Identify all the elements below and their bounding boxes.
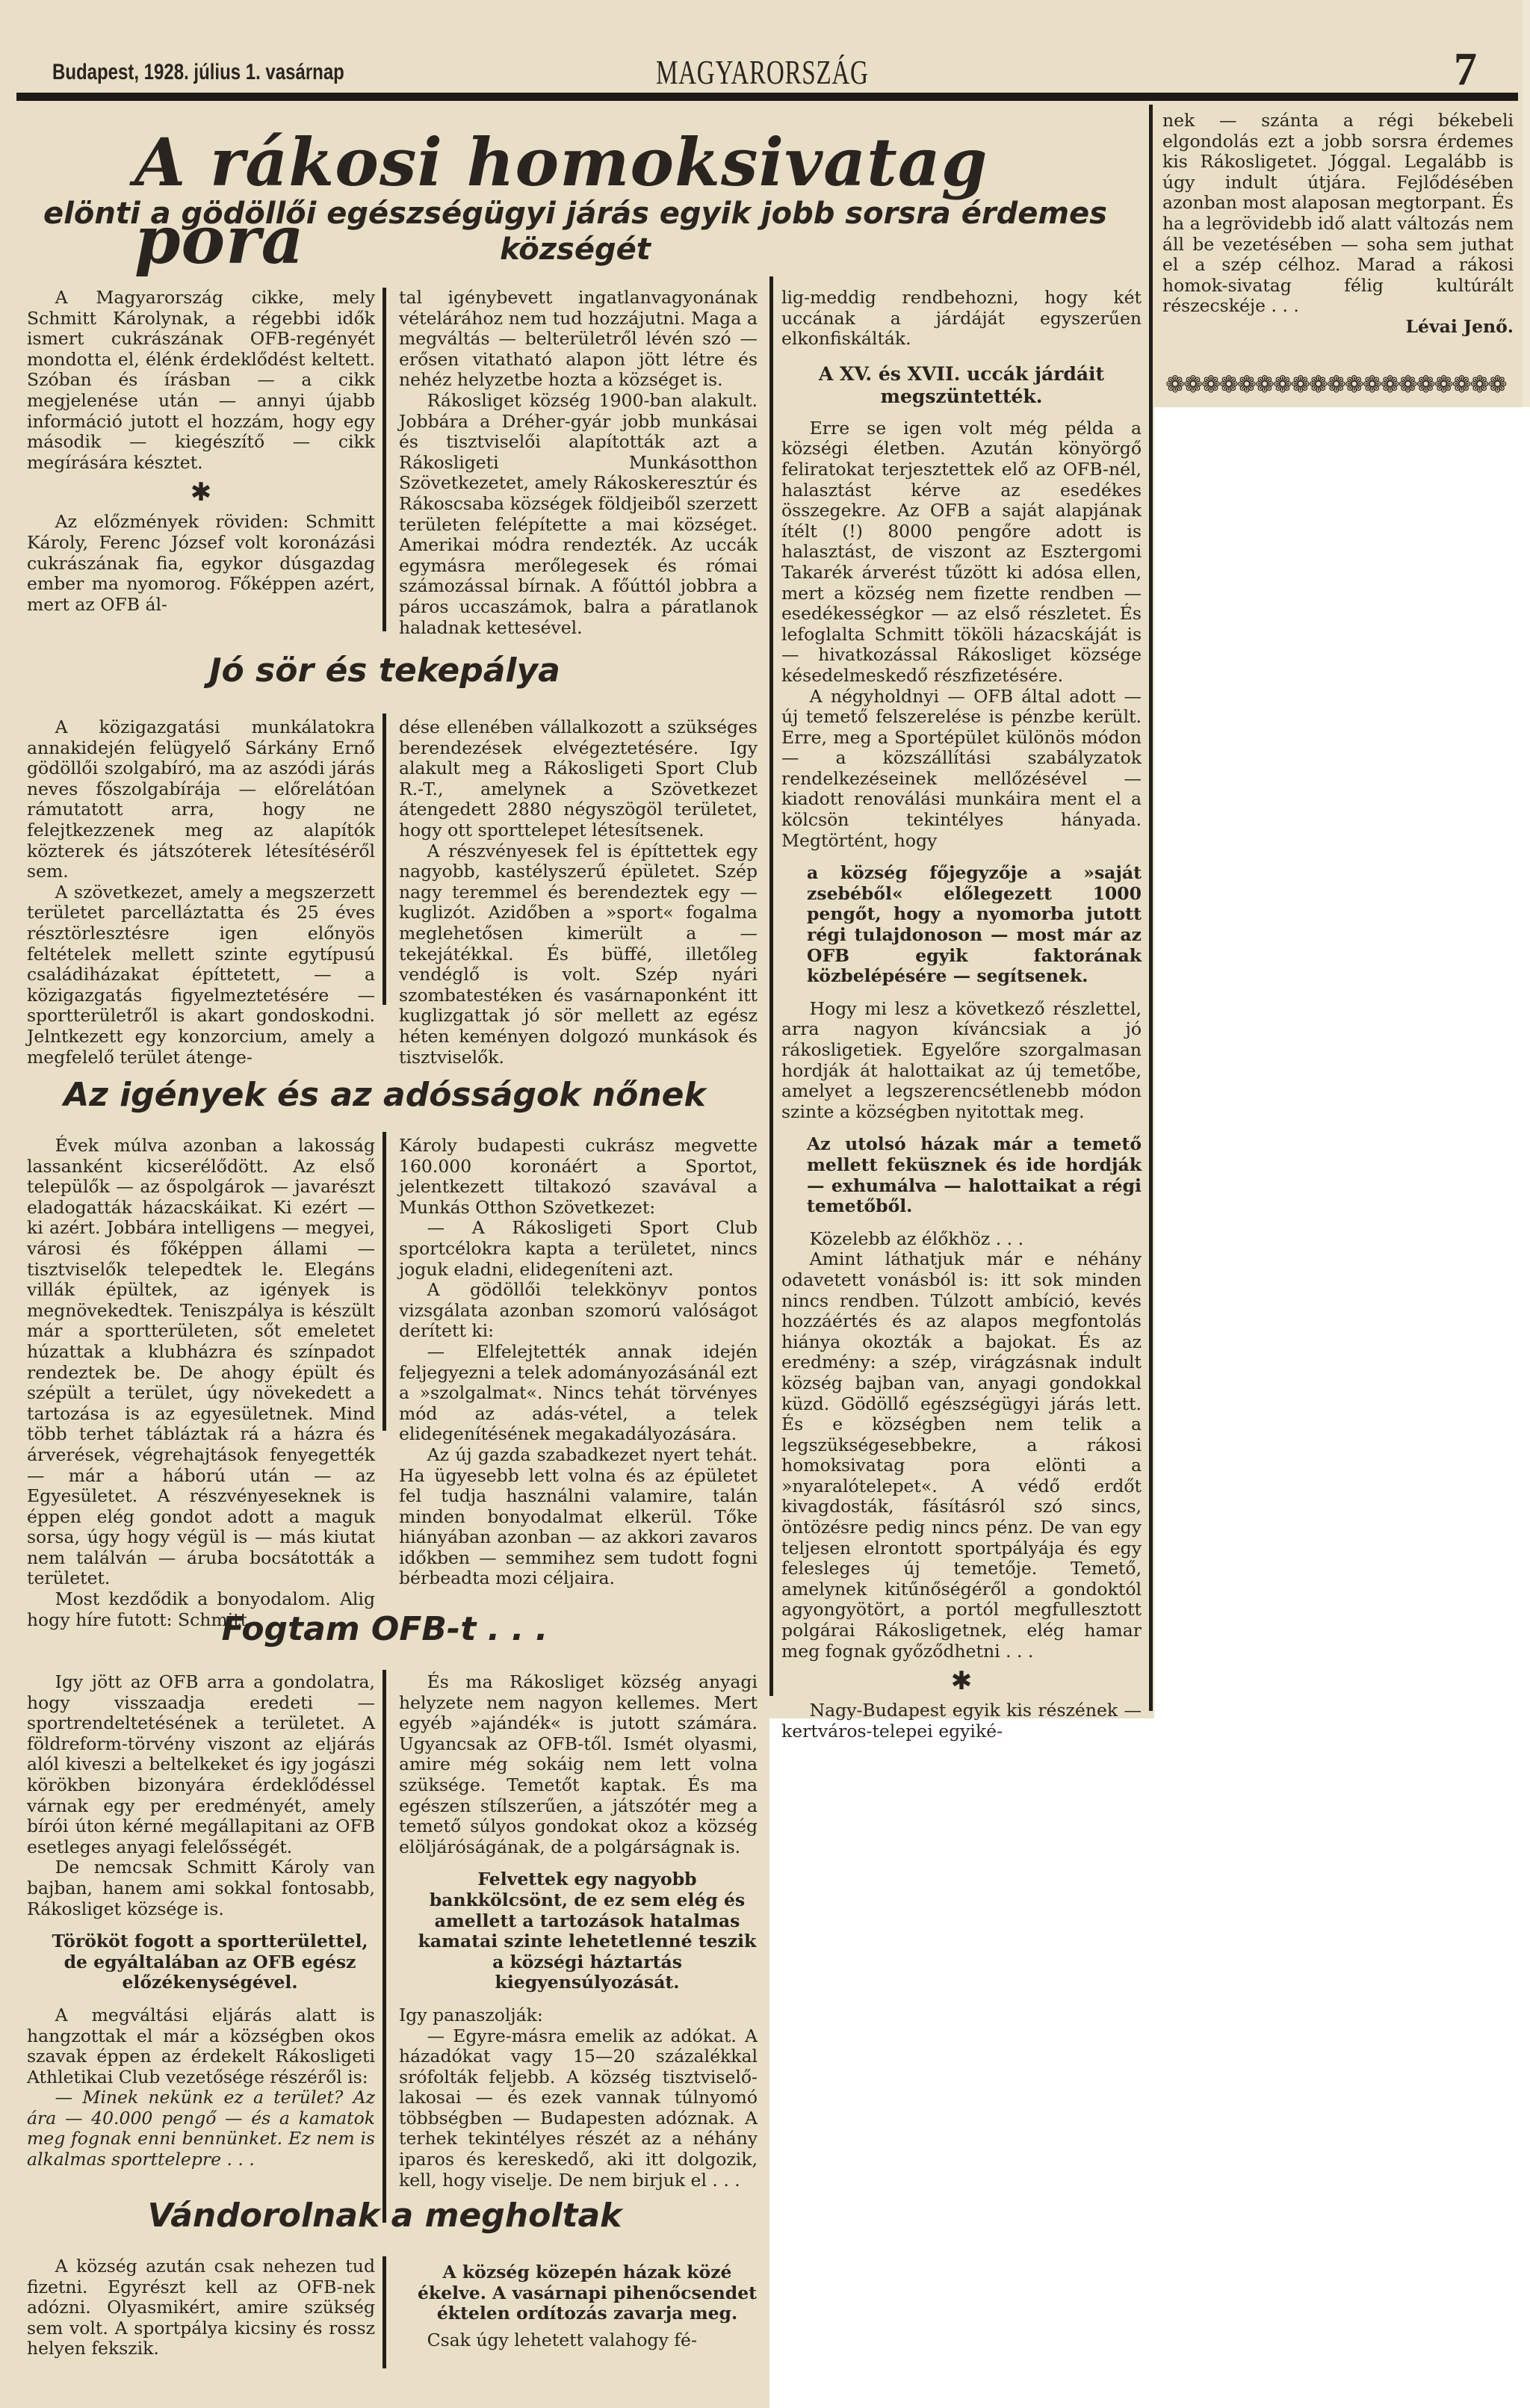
section-heading: Az igények és az adósságok nőnek — [0, 1076, 769, 1114]
masthead-rule — [16, 93, 1518, 101]
intro-paragraph: tal igénybevett ingatlanvagyonának vétel… — [399, 288, 758, 391]
column-paragraph: nek — szánta a régi békebeli elgondolás … — [1162, 111, 1514, 317]
section-4-left: A község azután csak nehezen tud fizetni… — [27, 2256, 375, 2359]
section-paragraph: — A Rákosligeti Sport Club sportcélokra … — [399, 1218, 758, 1280]
column-paragraph: Hogy mi lesz a következő részlettel, arr… — [781, 999, 1142, 1123]
section-paragraph: A község azután csak nehezen tud fizetni… — [27, 2256, 375, 2359]
column-rule — [382, 1132, 386, 1431]
masthead-title: MAGYARORSZÁG — [656, 52, 869, 92]
article-subheadline: elönti a gödöllői egészségügyi járás egy… — [22, 196, 1128, 267]
section-paragraph: A megváltási eljárás alatt is hangzottak… — [27, 2005, 375, 2087]
column-paragraph: Erre se igen volt még példa a községi él… — [781, 418, 1142, 687]
section-paragraph: És ma Rákosliget község anyagi helyzete … — [399, 1672, 758, 1857]
section-paragraph: — Minek nekünk ez a terület? Az ára — 40… — [27, 2087, 375, 2170]
section-2-left: Évek múlva azonban a lakosság lassanként… — [27, 1136, 375, 1630]
column-rule — [1149, 105, 1153, 1711]
section-heading: Jó sör és tekepálya — [0, 651, 769, 690]
column-4: nek — szánta a régi békebeli elgondolás … — [1162, 111, 1514, 338]
section-2-right: Károly budapesti cukrász megvette 160.00… — [399, 1136, 758, 1589]
column-rule — [382, 288, 386, 631]
asterism-icon: ✱ — [781, 1666, 1142, 1696]
intro-column-1: A Magyarország cikke, mely Schmitt Károl… — [27, 288, 375, 615]
section-paragraph: A gödöllői telekkönyv pontos vizsgálata … — [399, 1280, 758, 1342]
section-paragraph: Károly budapesti cukrász megvette 160.00… — [399, 1136, 758, 1218]
section-heading: Fogtam OFB-t . . . — [0, 1610, 769, 1648]
section-paragraph: A részvényesek fel is építtettek egy nag… — [399, 841, 758, 1068]
asterism-icon: ✱ — [27, 477, 375, 507]
column-subtitle: A XV. és XVII. uccák járdáit megszüntett… — [781, 363, 1142, 408]
section-paragraph: A szövetkezet, amely a megszerzett terül… — [27, 882, 375, 1068]
column-rule — [382, 714, 386, 1005]
page-number: 7 — [1454, 43, 1477, 96]
highlighted-paragraph: Felvettek egy nagyobb bankkölcsönt, de e… — [417, 1869, 758, 1993]
intro-column-2: tal igénybevett ingatlanvagyonának vétel… — [399, 288, 758, 638]
highlighted-paragraph: a község főjegyzője a »saját zsebéből« e… — [807, 863, 1142, 987]
section-4-right: A község közepén házak közé ékelve. A va… — [399, 2256, 758, 2350]
section-paragraph: Igy jött az OFB arra a gondolatra, hogy … — [27, 1672, 375, 1857]
column-rule — [382, 1670, 386, 2223]
section-paragraph: Csak úgy lehetett valahogy fé- — [399, 2330, 758, 2351]
column-3: lig-meddig rendbehozni, hogy két uccának… — [781, 288, 1142, 1742]
section-3-left: Igy jött az OFB arra a gondolatra, hogy … — [27, 1672, 375, 2170]
section-paragraph: dése ellenében vállalkozott a szükséges … — [399, 717, 758, 841]
section-3-right: És ma Rákosliget község anyagi helyzete … — [399, 1672, 758, 2191]
intro-paragraph: A Magyarország cikke, mely Schmitt Károl… — [27, 288, 375, 473]
masthead-date: Budapest, 1928. július 1. vasárnap — [52, 60, 344, 85]
column-paragraph: Közelebb az élőkhöz . . . — [781, 1229, 1142, 1250]
column-paragraph: A négyholdnyi — OFB által adott — új tem… — [781, 687, 1142, 852]
ornament-border-icon: ❁❁❁❁❁❁❁❁❁❁❁❁❁❁❁❁❁❁❁ — [1165, 371, 1517, 398]
section-paragraph: — Elfelejtették annak idején feljegyezni… — [399, 1342, 758, 1445]
highlighted-paragraph: A község közepén házak közé ékelve. A va… — [417, 2262, 758, 2324]
section-1-right: dése ellenében vállalkozott a szükséges … — [399, 717, 758, 1068]
column-rule — [769, 276, 773, 1696]
section-paragraph: De nemcsak Schmitt Károly van bajban, ha… — [27, 1857, 375, 1919]
author-signature: Lévai Jenő. — [1162, 317, 1514, 338]
intro-paragraph: Az előzmények röviden: Schmitt Károly, F… — [27, 512, 375, 615]
column-paragraph: Amint láthatjuk már e néhány odavetett v… — [781, 1249, 1142, 1662]
section-paragraph: Évek múlva azonban a lakosság lassanként… — [27, 1136, 375, 1589]
column-paragraph: lig-meddig rendbehozni, hogy két uccának… — [781, 288, 1142, 350]
section-paragraph: — Egyre-másra emelik az adókat. A házadó… — [399, 2026, 758, 2191]
highlighted-paragraph: Az utolsó házak már a temető mellett fek… — [807, 1134, 1142, 1216]
column-rule — [382, 2256, 386, 2368]
section-paragraph: Igy panaszolják: — [399, 2005, 758, 2026]
section-heading: Vándorolnak a megholtak — [0, 2197, 769, 2235]
column-paragraph: Nagy-Budapest egyik kis részének — kertv… — [781, 1700, 1142, 1742]
highlighted-paragraph: Törököt fogott a sportterülettel, de egy… — [45, 1931, 375, 1993]
section-1-left: A közigazgatási munkálatokra annakidején… — [27, 717, 375, 1068]
section-paragraph: Az új gazda szabadkezet nyert tehát. Ha … — [399, 1445, 758, 1589]
intro-paragraph: Rákosliget község 1900-ban alakult. Jobb… — [399, 391, 758, 638]
section-paragraph: A közigazgatási munkálatokra annakidején… — [27, 717, 375, 882]
